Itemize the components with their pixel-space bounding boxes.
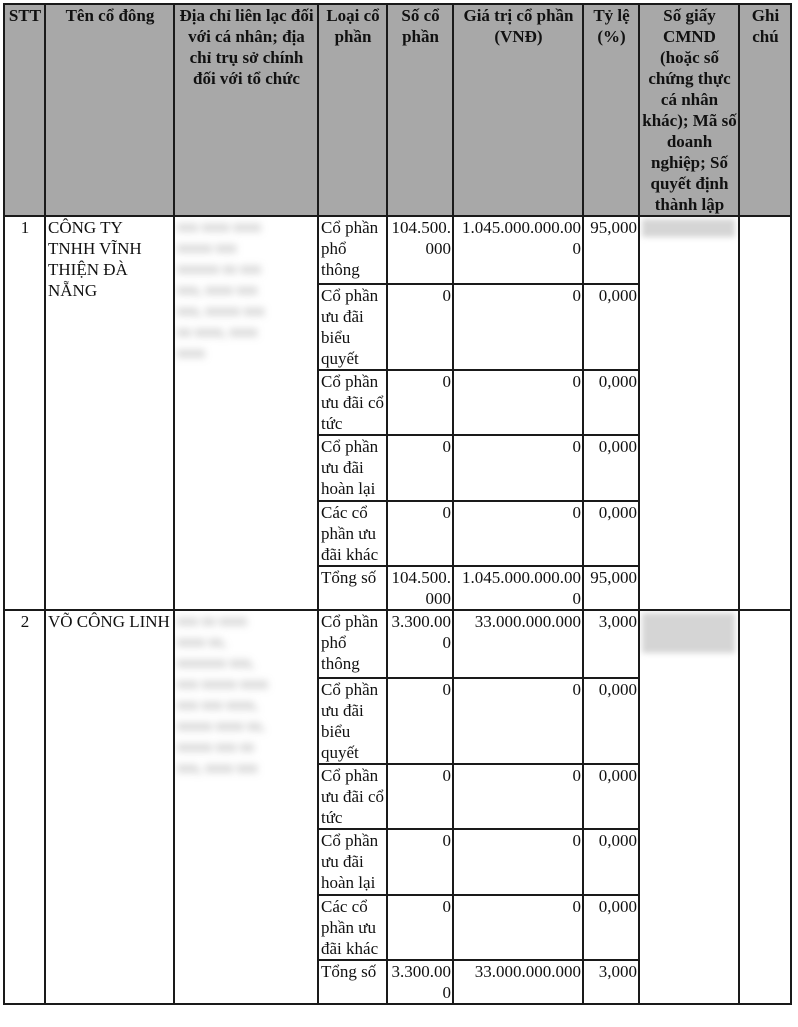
share-value: 0 <box>453 678 583 764</box>
header-note: Ghi chú <box>739 4 791 216</box>
redacted-id-number <box>642 613 735 653</box>
table-row: 1CÔNG TY TNHH VĨNH THIỆN ĐÀ NẴNGxxx xxxx… <box>4 216 791 284</box>
share-type: Cổ phần ưu đãi hoàn lại <box>318 829 387 895</box>
share-count: 0 <box>387 370 453 435</box>
share-count: 0 <box>387 678 453 764</box>
redacted-address: xxx xx xxxxxxxx xx,xxxxxxx xxx,xxx xxxxx… <box>177 611 316 779</box>
address-cell: xxx xxxx xxxxxxxxx xxxxxxxxx xx xxxxxx, … <box>174 216 318 610</box>
shareholder-table: STT Tên cổ đông Địa chỉ liên lạc đối với… <box>3 3 792 1005</box>
share-ratio: 95,000 <box>583 566 639 610</box>
share-ratio: 0,000 <box>583 829 639 895</box>
stt-cell: 1 <box>4 216 45 610</box>
share-type: Cổ phần ưu đãi biểu quyết <box>318 678 387 764</box>
share-value: 0 <box>453 284 583 370</box>
share-type: Các cổ phần ưu đãi khác <box>318 501 387 566</box>
share-ratio: 3,000 <box>583 960 639 1004</box>
header-shareholder-name: Tên cổ đông <box>45 4 174 216</box>
share-value: 0 <box>453 501 583 566</box>
share-value: 0 <box>453 435 583 501</box>
share-count: 104.500.000 <box>387 216 453 284</box>
share-value: 0 <box>453 370 583 435</box>
share-ratio: 3,000 <box>583 610 639 678</box>
note-cell <box>739 216 791 610</box>
share-ratio: 0,000 <box>583 678 639 764</box>
address-cell: xxx xx xxxxxxxx xx,xxxxxxx xxx,xxx xxxxx… <box>174 610 318 1004</box>
share-type: Cổ phần ưu đãi cổ tức <box>318 370 387 435</box>
id-number-cell <box>639 610 739 1004</box>
stt-cell: 2 <box>4 610 45 1004</box>
share-count: 104.500.000 <box>387 566 453 610</box>
share-value: 0 <box>453 895 583 960</box>
shareholder-name: CÔNG TY TNHH VĨNH THIỆN ĐÀ NẴNG <box>45 216 174 610</box>
share-value: 0 <box>453 829 583 895</box>
share-count: 0 <box>387 284 453 370</box>
share-ratio: 0,000 <box>583 284 639 370</box>
header-stt: STT <box>4 4 45 216</box>
share-ratio: 0,000 <box>583 435 639 501</box>
header-ratio: Tỷ lệ (%) <box>583 4 639 216</box>
redacted-id-number <box>642 219 735 237</box>
share-ratio: 95,000 <box>583 216 639 284</box>
header-address: Địa chỉ liên lạc đối với cá nhân; địa ch… <box>174 4 318 216</box>
share-type: Tổng số <box>318 566 387 610</box>
share-value: 33.000.000.000 <box>453 610 583 678</box>
share-count: 0 <box>387 501 453 566</box>
share-count: 3.300.000 <box>387 960 453 1004</box>
header-share-count: Số cổ phần <box>387 4 453 216</box>
header-share-value: Giá trị cổ phần (VNĐ) <box>453 4 583 216</box>
share-type: Các cổ phần ưu đãi khác <box>318 895 387 960</box>
share-value: 1.045.000.000.000 <box>453 216 583 284</box>
share-value: 0 <box>453 764 583 829</box>
share-value: 33.000.000.000 <box>453 960 583 1004</box>
share-ratio: 0,000 <box>583 764 639 829</box>
share-count: 0 <box>387 895 453 960</box>
share-count: 0 <box>387 435 453 501</box>
share-value: 1.045.000.000.000 <box>453 566 583 610</box>
id-number-cell <box>639 216 739 610</box>
header-id-number: Số giấy CMND (hoặc số chứng thực cá nhân… <box>639 4 739 216</box>
redacted-address: xxx xxxx xxxxxxxxx xxxxxxxxx xx xxxxxx, … <box>177 217 316 364</box>
share-count: 0 <box>387 764 453 829</box>
share-ratio: 0,000 <box>583 370 639 435</box>
note-cell <box>739 610 791 1004</box>
share-type: Cổ phần phổ thông <box>318 610 387 678</box>
share-type: Cổ phần ưu đãi cổ tức <box>318 764 387 829</box>
share-ratio: 0,000 <box>583 501 639 566</box>
share-type: Cổ phần phổ thông <box>318 216 387 284</box>
table-row: 2VÕ CÔNG LINHxxx xx xxxxxxxx xx,xxxxxxx … <box>4 610 791 678</box>
header-share-type: Loại cổ phần <box>318 4 387 216</box>
share-ratio: 0,000 <box>583 895 639 960</box>
share-count: 3.300.000 <box>387 610 453 678</box>
share-count: 0 <box>387 829 453 895</box>
share-type: Cổ phần ưu đãi hoàn lại <box>318 435 387 501</box>
share-type: Tổng số <box>318 960 387 1004</box>
header-row: STT Tên cổ đông Địa chỉ liên lạc đối với… <box>4 4 791 216</box>
share-type: Cổ phần ưu đãi biểu quyết <box>318 284 387 370</box>
shareholder-name: VÕ CÔNG LINH <box>45 610 174 1004</box>
